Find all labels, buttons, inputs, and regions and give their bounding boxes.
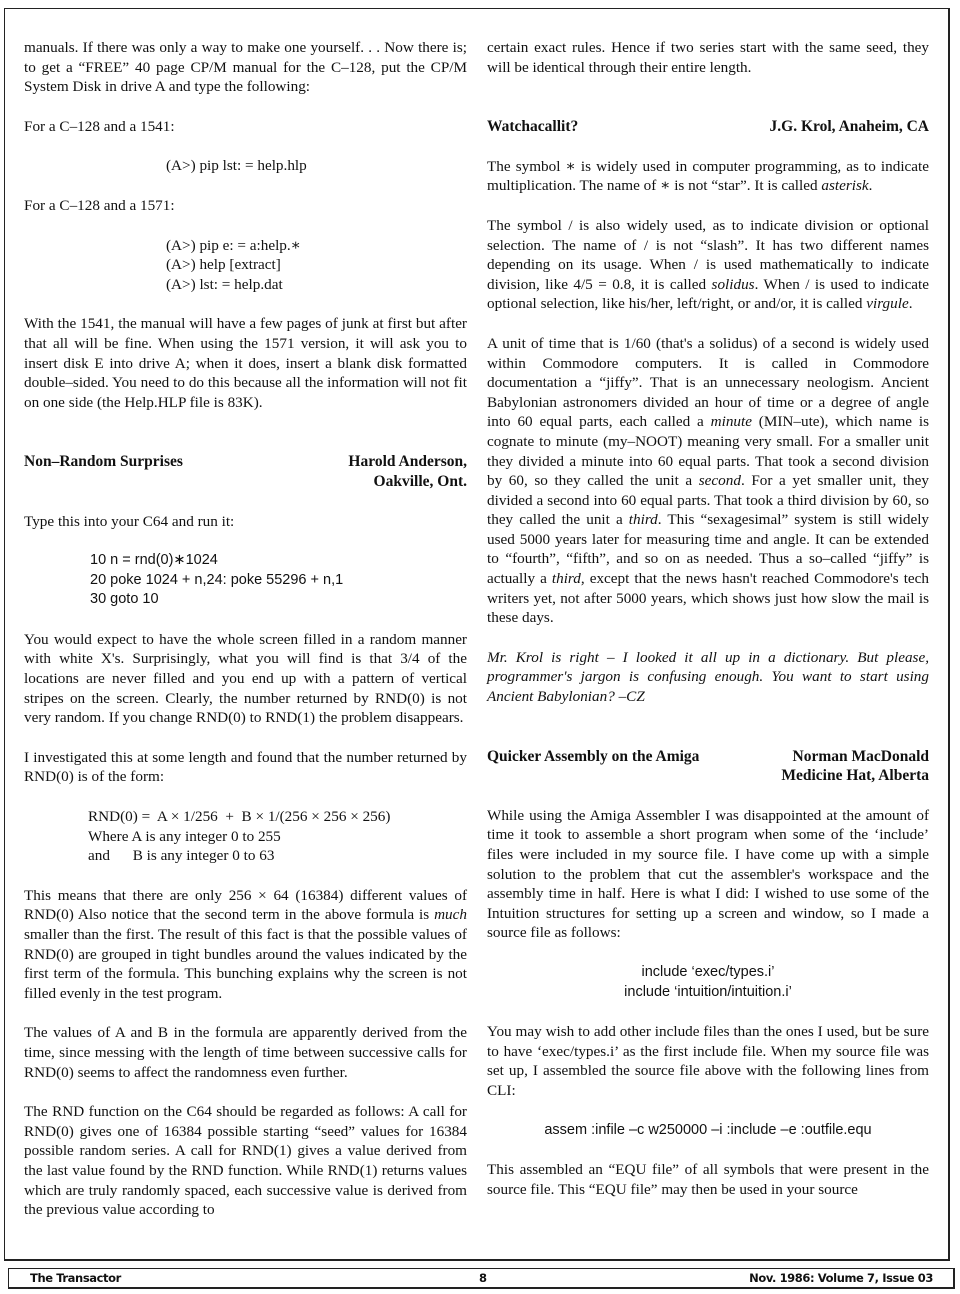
publication-name: The Transactor (30, 1271, 121, 1285)
page-number: 8 (479, 1271, 487, 1285)
page-footer: The Transactor 8 Nov. 1986: Volume 7, Is… (8, 1268, 955, 1289)
amiga-paragraph-2: You may wish to add other include files … (487, 1022, 929, 1100)
article-author: Harold Anderson, Oakville, Ont. (348, 452, 467, 491)
nonrandom-paragraph-4: The values of A and B in the formula are… (24, 1023, 467, 1082)
intro-paragraph: manuals. If there was only a way to make… (24, 38, 467, 97)
watchacallit-paragraph-2: The symbol / is also widely used, as to … (487, 216, 929, 314)
include-line-2: include ‘intuition/intuition.i’ (487, 983, 929, 1003)
include-line-1: include ‘exec/types.i’ (487, 963, 929, 983)
article-author: J.G. Krol, Anaheim, CA (770, 117, 929, 137)
continuation-paragraph: certain exact rules. Hence if two series… (487, 38, 929, 77)
command-1571-line-1: (A>) pip e: = a:help.∗ (24, 236, 467, 256)
article-title: Non–Random Surprises (24, 452, 183, 472)
article-author: Norman MacDonald Medicine Hat, Alberta (781, 747, 929, 786)
nonrandom-intro: Type this into your C64 and run it: (24, 512, 467, 532)
article-title: Quicker Assembly on the Amiga (487, 747, 699, 767)
article-title: Watchacallit? (487, 117, 578, 137)
article-heading-nonrandom: Non–Random Surprises Harold Anderson, Oa… (24, 452, 467, 491)
label-1571: For a C–128 and a 1571: (24, 196, 467, 216)
issue-info: Nov. 1986: Volume 7, Issue 03 (749, 1271, 933, 1285)
watchacallit-paragraph-1: The symbol ∗ is widely used in computer … (487, 157, 929, 196)
author-name: Harold Anderson, (348, 453, 467, 470)
article-heading-amiga: Quicker Assembly on the Amiga Norman Mac… (487, 747, 929, 786)
article-heading-watchacallit: Watchacallit? J.G. Krol, Anaheim, CA (487, 117, 929, 137)
cli-command: assem :infile –c w250000 –i :include –e … (487, 1121, 929, 1141)
watchacallit-paragraph-3: A unit of time that is 1/60 (that's a so… (487, 334, 929, 628)
basic-code-line-10: 10 n = rnd(0)∗1024 (24, 551, 467, 571)
author-name: Norman MacDonald (793, 748, 929, 765)
formula-line-1: RND(0) = A × 1/256 + B × 1/(256 × 256 × … (24, 807, 467, 827)
nonrandom-paragraph-3: This means that there are only 256 × 64 … (24, 886, 467, 1004)
left-column: manuals. If there was only a way to make… (24, 38, 467, 1220)
basic-code-line-30: 30 goto 10 (24, 590, 467, 610)
paragraph-1541-note: With the 1541, the manual will have a fe… (24, 314, 467, 412)
label-1541: For a C–128 and a 1541: (24, 117, 467, 137)
command-1541: (A>) pip lst: = help.hlp (24, 156, 467, 176)
nonrandom-paragraph-5: The RND function on the C64 should be re… (24, 1102, 467, 1220)
nonrandom-paragraph-1: You would expect to have the whole scree… (24, 630, 467, 728)
nonrandom-paragraph-2: I investigated this at some length and f… (24, 748, 467, 787)
right-column: certain exact rules. Hence if two series… (487, 38, 929, 1199)
author-location: Oakville, Ont. (374, 473, 467, 490)
amiga-paragraph-3: This assembled an “EQU file” of all symb… (487, 1160, 929, 1199)
formula-line-2: Where A is any integer 0 to 255 (24, 827, 467, 847)
basic-code-line-20: 20 poke 1024 + n,24: poke 55296 + n,1 (24, 571, 467, 591)
amiga-paragraph-1: While using the Amiga Assembler I was di… (487, 806, 929, 943)
formula-line-3: and B is any integer 0 to 63 (24, 846, 467, 866)
command-1571-line-3: (A>) lst: = help.dat (24, 275, 467, 295)
command-1571-line-2: (A>) help [extract] (24, 255, 467, 275)
editor-note: Mr. Krol is right – I looked it all up i… (487, 648, 929, 707)
author-location: Medicine Hat, Alberta (781, 767, 929, 784)
